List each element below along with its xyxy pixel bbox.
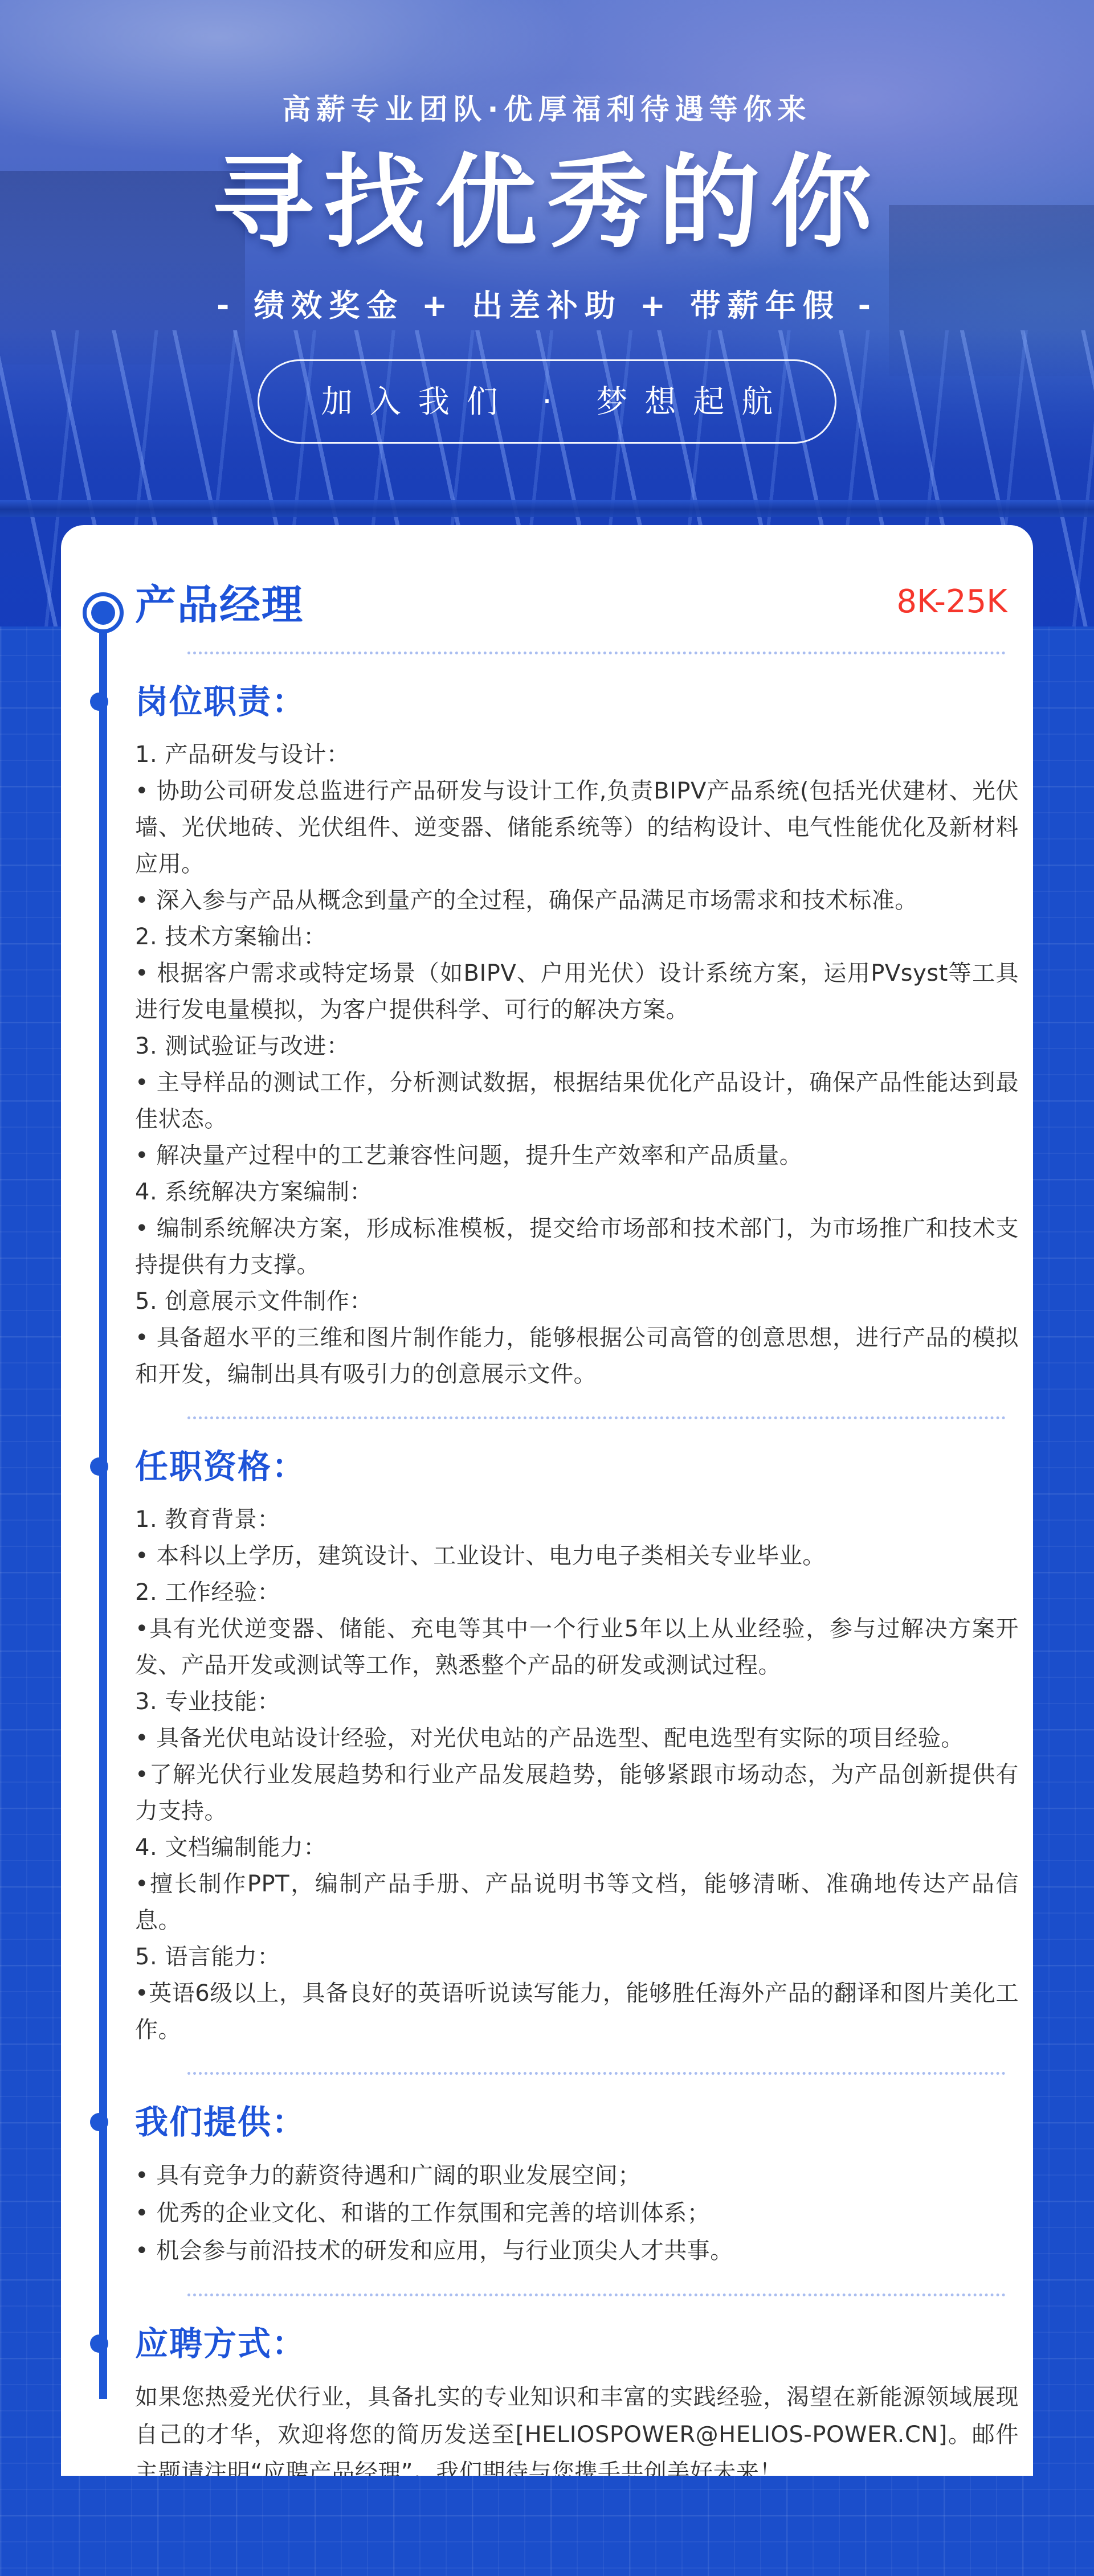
list-item: • 解决量产过程中的工艺兼容性问题，提升生产效率和产品质量。 <box>135 1137 1019 1174</box>
dotted-divider <box>187 2294 1006 2296</box>
section-heading: 我们提供： <box>135 2104 1019 2140</box>
card-notch-icon <box>524 525 570 526</box>
list-item: 如果您热爱光伏行业，具备扎实的专业知识和丰富的实践经验，渴望在新能源领域展现自己… <box>135 2378 1019 2476</box>
timeline-dot-icon <box>90 2335 108 2353</box>
section-heading-label: 应聘方式： <box>135 2324 306 2363</box>
list-item: • 具备光伏电站设计经验，对光伏电站的产品选型、配电选型有实际的项目经验。 <box>135 1720 1019 1756</box>
list-item: • 主导样品的测试工作，分析测试数据，根据结果优化产品设计，确保产品性能达到最佳… <box>135 1064 1019 1137</box>
section-heading: 岗位职责： <box>135 684 1019 719</box>
list-item: 5. 语言能力： <box>135 1939 1019 1975</box>
job-header: 产品经理 8K-25K <box>135 575 1019 628</box>
dotted-divider <box>187 652 1006 654</box>
list-item: •英语6级以上，具备良好的英语听说读写能力，能够胜任海外产品的翻译和图片美化工作… <box>135 1975 1019 2048</box>
timeline-dot-inner <box>91 601 115 625</box>
timeline-dot-icon <box>90 1457 108 1476</box>
list-item: 4. 系统解决方案编制： <box>135 1174 1019 1210</box>
list-item: • 根据客户需求或特定场景（如BIPV、户用光伏）设计系统方案，运用PVsyst… <box>135 955 1019 1028</box>
section-item-list: • 具有竞争力的薪资待遇和广阔的职业发展空间；• 优秀的企业文化、和谐的工作氛围… <box>135 2157 1019 2270</box>
timeline-dot-icon <box>90 2113 108 2131</box>
hero-title: 寻找优秀的你 <box>0 147 1094 259</box>
recruitment-poster: 高薪专业团队·优厚福利待遇等你来 寻找优秀的你 - 绩效奖金 + 出差补助 + … <box>0 0 1094 2576</box>
section-heading-label: 我们提供： <box>135 2103 306 2141</box>
salary-badge: 8K-25K <box>896 583 1007 620</box>
list-item: • 深入参与产品从概念到量产的全过程，确保产品满足市场需求和技术标准。 <box>135 882 1019 919</box>
list-item: • 编制系统解决方案，形成标准模板，提交给市场部和技术部门，为市场推广和技术支持… <box>135 1210 1019 1283</box>
roof-edge-beam <box>0 500 1094 517</box>
list-item: •具有光伏逆变器、储能、充电等其中一个行业5年以上从业经验，参与过解决方案开发、… <box>135 1611 1019 1684</box>
list-item: 4. 文档编制能力： <box>135 1829 1019 1866</box>
section-item-list: 如果您热爱光伏行业，具备扎实的专业知识和丰富的实践经验，渴望在新能源领域展现自己… <box>135 2378 1019 2476</box>
list-item: • 协助公司研发总监进行产品研发与设计工作,负责BIPV产品系统(包括光伏建材、… <box>135 773 1019 882</box>
hero-tagline: - 绩效奖金 + 出差补助 + 带薪年假 - <box>0 281 1094 325</box>
job-card: 产品经理 8K-25K 岗位职责： 1. 产品研发与设计：• 协助公司研发总监进… <box>61 525 1033 2476</box>
list-item: • 优秀的企业文化、和谐的工作氛围和完善的培训体系； <box>135 2194 1019 2232</box>
list-item: 3. 专业技能： <box>135 1684 1019 1720</box>
hero-subtitle: 高薪专业团队·优厚福利待遇等你来 <box>0 0 1094 128</box>
section-heading-label: 岗位职责： <box>135 682 306 721</box>
dotted-divider <box>187 2072 1006 2075</box>
job-title: 产品经理 <box>135 572 304 631</box>
dotted-divider <box>187 1416 1006 1419</box>
section-qualifications: 任职资格： 1. 教育背景：• 本科以上学历，建筑设计、工业设计、电力电子类相关… <box>135 1449 1019 2048</box>
timeline-dot-large-icon <box>83 592 124 633</box>
list-item: • 机会参与前沿技术的研发和应用，与行业顶尖人才共事。 <box>135 2232 1019 2270</box>
list-item: • 具有竞争力的薪资待遇和广阔的职业发展空间； <box>135 2157 1019 2194</box>
section-benefits: 我们提供： • 具有竞争力的薪资待遇和广阔的职业发展空间；• 优秀的企业文化、和… <box>135 2104 1019 2270</box>
list-item: • 本科以上学历，建筑设计、工业设计、电力电子类相关专业毕业。 <box>135 1538 1019 1574</box>
section-item-list: 1. 教育背景：• 本科以上学历，建筑设计、工业设计、电力电子类相关专业毕业。2… <box>135 1501 1019 2048</box>
section-heading: 应聘方式： <box>135 2326 1019 2361</box>
section-duties: 岗位职责： 1. 产品研发与设计：• 协助公司研发总监进行产品研发与设计工作,负… <box>135 684 1019 1393</box>
list-item: • 具备超水平的三维和图片制作能力，能够根据公司高管的创意思想，进行产品的模拟和… <box>135 1320 1019 1393</box>
list-item: 1. 教育背景： <box>135 1501 1019 1538</box>
section-apply: 应聘方式： 如果您热爱光伏行业，具备扎实的专业知识和丰富的实践经验，渴望在新能源… <box>135 2326 1019 2476</box>
join-us-button[interactable]: 加入我们 · 梦想起航 <box>258 359 836 444</box>
section-item-list: 1. 产品研发与设计：• 协助公司研发总监进行产品研发与设计工作,负责BIPV产… <box>135 736 1019 1393</box>
section-heading: 任职资格： <box>135 1449 1019 1484</box>
list-item: •擅长制作PPT，编制产品手册、产品说明书等文档，能够清晰、准确地传达产品信息。 <box>135 1866 1019 1939</box>
list-item: 5. 创意展示文件制作： <box>135 1283 1019 1320</box>
timeline-dot-icon <box>90 693 108 711</box>
list-item: 1. 产品研发与设计： <box>135 736 1019 773</box>
list-item: 2. 技术方案输出： <box>135 919 1019 955</box>
section-heading-label: 任职资格： <box>135 1447 306 1486</box>
list-item: •了解光伏行业发展趋势和行业产品发展趋势，能够紧跟市场动态，为产品创新提供有力支… <box>135 1756 1019 1829</box>
list-item: 2. 工作经验： <box>135 1574 1019 1611</box>
list-item: 3. 测试验证与改进： <box>135 1028 1019 1064</box>
